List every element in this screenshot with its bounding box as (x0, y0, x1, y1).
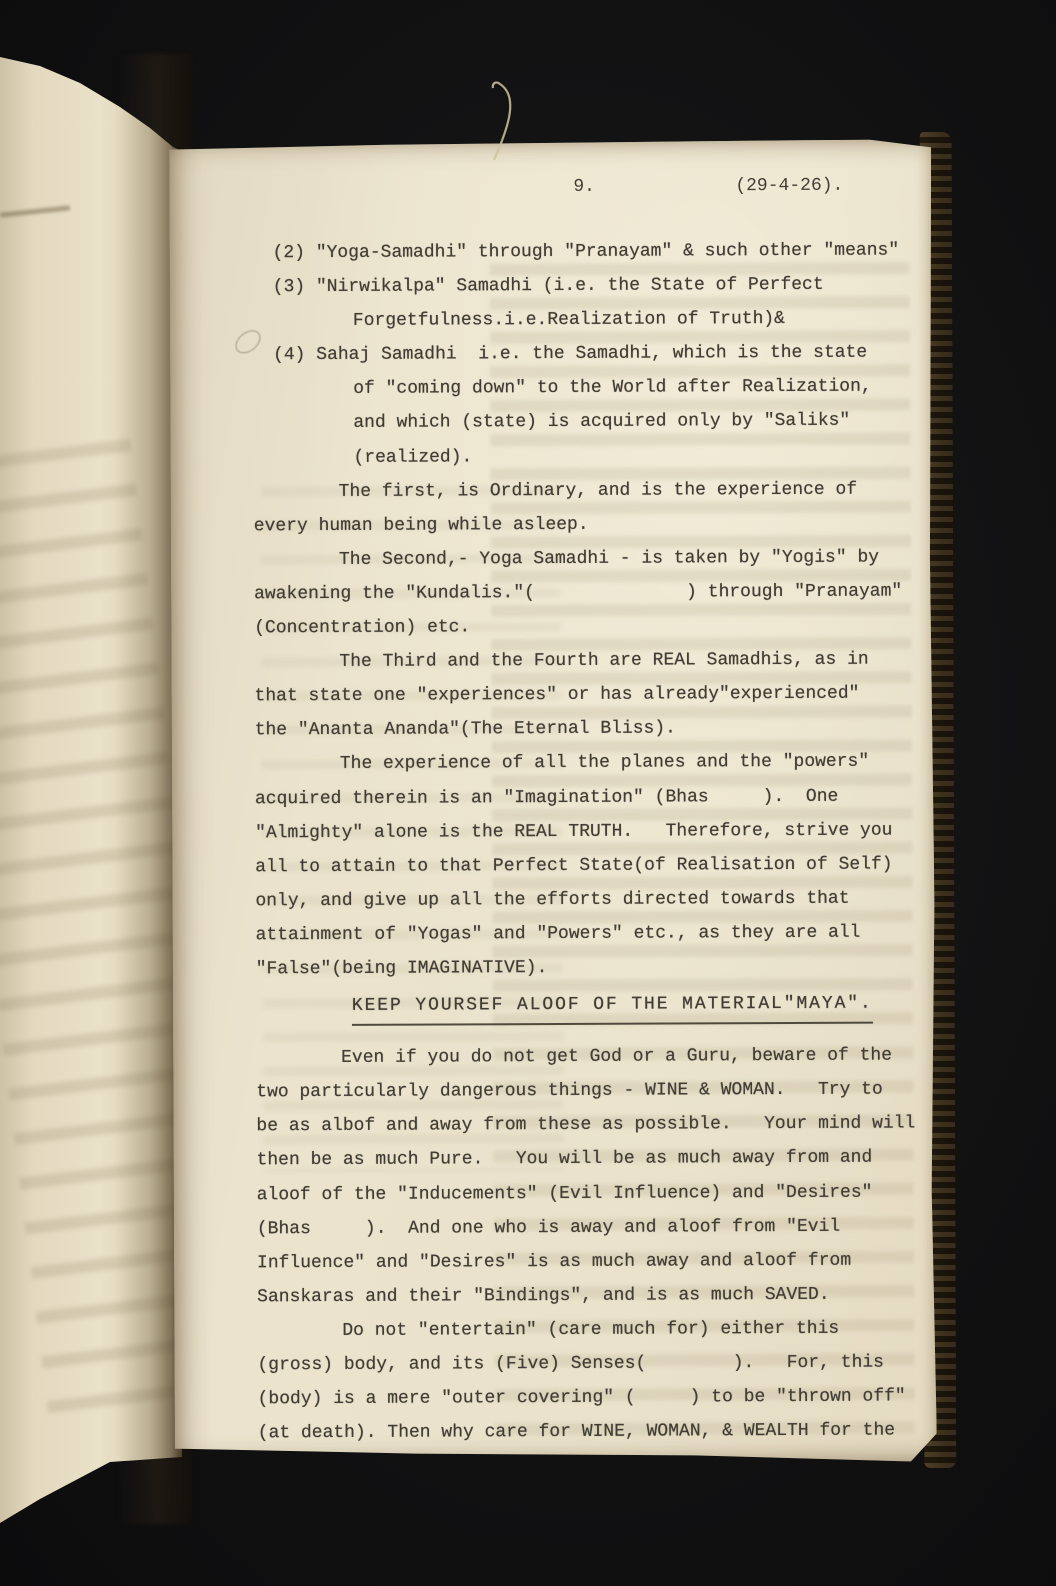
text-line: Do not "entertain" (care much for) eithe… (342, 1311, 927, 1348)
text-line: two particularly dangerous things - WINE… (256, 1073, 926, 1110)
text-line: The first, is Ordinary, and is the exper… (339, 472, 924, 509)
book-photo-scene: 9. (29-4-26). (2) "Yoga-Samadhi" through… (0, 0, 1056, 1586)
text-line: that state one "experiences" or has alre… (254, 677, 924, 714)
text-line: The experience of all the planes and the… (340, 745, 925, 782)
document-page: 9. (29-4-26). (2) "Yoga-Samadhi" through… (169, 139, 937, 1464)
text-line: (gross) body, and its (Five) Senses( ). … (257, 1345, 927, 1382)
typed-text-layer: 9. (29-4-26). (2) "Yoga-Samadhi" through… (169, 139, 937, 1464)
section-heading-text: KEEP YOURSEF ALOOF OF THE MATERIAL"MAYA"… (352, 987, 873, 1026)
text-line: Forgetfulness.i.e.Realization of Truth)& (353, 302, 923, 339)
text-line: Sanskaras and their "Bindings", and is a… (257, 1277, 927, 1314)
page-header: 9. (29-4-26). (169, 175, 931, 178)
text-line: The Second,- Yoga Samadhi - is taken by … (339, 540, 924, 577)
text-line: (body) is a mere "outer covering" ( ) to… (258, 1379, 928, 1416)
text-line: only, and give up all the efforts direct… (255, 881, 925, 918)
text-line: (realized). (353, 438, 923, 475)
page-body: (2) "Yoga-Samadhi" through "Pranayam" & … (253, 233, 928, 1450)
text-line: and which (state) is acquired only by "S… (353, 404, 923, 441)
text-line: (Bhas ). And one who is away and aloof f… (257, 1209, 927, 1246)
page-date: (29-4-26). (735, 176, 843, 196)
text-line: attainment of "Yogas" and "Powers" etc.,… (256, 915, 926, 952)
text-line: Even if you do not get God or a Guru, be… (341, 1039, 926, 1076)
page-number: 9. (573, 177, 595, 197)
loose-thread (452, 76, 532, 166)
text-line: "False"(being IMAGINATIVE). (256, 949, 926, 986)
text-line: the "Ananta Ananda"(The Eternal Bliss). (255, 711, 925, 748)
text-line: "Almighty" alone is the REAL TRUTH. Ther… (255, 813, 925, 850)
text-line: all to attain to that Perfect State(of R… (255, 847, 925, 884)
text-line: Influence" and "Desires" is as much away… (257, 1243, 927, 1280)
text-line: of "coming down" to the World after Real… (353, 370, 923, 407)
text-line: (Concentration) etc. (254, 608, 924, 645)
text-line: The Third and the Fourth are REAL Samadh… (339, 643, 924, 680)
section-heading: KEEP YOURSEF ALOOF OF THE MATERIAL"MAYA"… (256, 986, 926, 1026)
text-line: acquired therein is an "Imagination" (Bh… (255, 779, 925, 816)
text-line: every human being while asleep. (254, 506, 924, 543)
text-line: aloof of the "Inducements" (Evil Influen… (257, 1175, 927, 1212)
text-line: (4) Sahaj Samadhi i.e. the Samadhi, whic… (273, 336, 923, 373)
text-line: be as albof and away from these as possi… (256, 1107, 926, 1144)
text-line: awakening the "Kundalis."( ) through "Pr… (254, 574, 924, 611)
text-line: (3) "Nirwikalpa" Samadhi (i.e. the State… (273, 267, 923, 304)
left-page-ghost-underline (0, 205, 70, 217)
text-line: (at death). Then why care for WINE, WOMA… (258, 1414, 928, 1451)
text-line: (2) "Yoga-Samadhi" through "Pranayam" & … (273, 233, 923, 270)
text-line: then be as much Pure. You will be as muc… (256, 1141, 926, 1178)
